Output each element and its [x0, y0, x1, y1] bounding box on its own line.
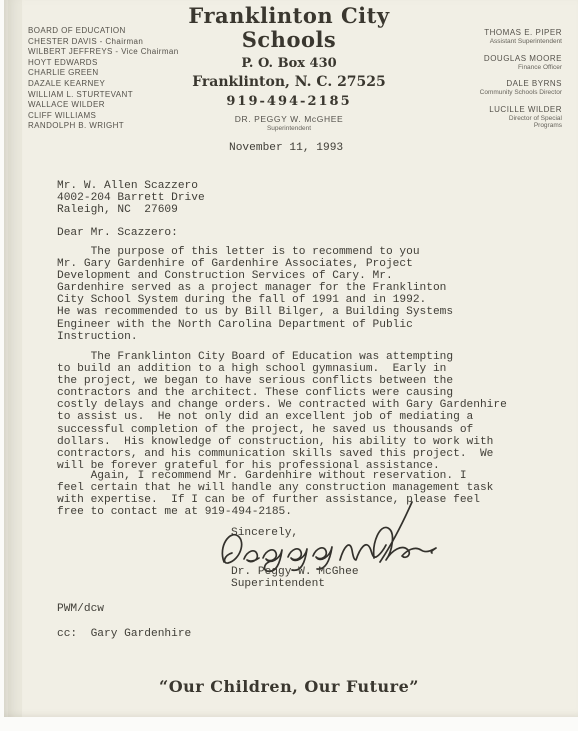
letter-date: November 11, 1993 [229, 142, 343, 154]
official-title: Community Schools Director [480, 89, 562, 97]
official-entry: THOMAS E. PIPER Assistant Superintendent [480, 28, 562, 46]
city-state-zip-line: Franklinton, N. C. 27525 [139, 74, 439, 90]
signer-name-title: Dr. Peggy W. McGhee Superintendent [231, 566, 359, 590]
letterhead-center: Franklinton City Schools P. O. Box 430 F… [139, 4, 439, 132]
footer-motto: “Our Children, Our Future” [0, 677, 578, 696]
district-officials-list: THOMAS E. PIPER Assistant Superintendent… [480, 28, 562, 138]
official-name: DOUGLAS MOORE [480, 54, 562, 63]
official-name: DALE BYRNS [480, 79, 562, 88]
reference-initials: PWM/dcw [57, 603, 104, 615]
superintendent-title: Superintendent [139, 125, 439, 132]
body-paragraph-1: The purpose of this letter is to recomme… [57, 246, 453, 343]
cc-line: cc: Gary Gardenhire [57, 628, 191, 640]
body-paragraph-2: The Franklinton City Board of Education … [57, 351, 507, 472]
official-name: THOMAS E. PIPER [480, 28, 562, 37]
phone-number: 919-494-2185 [139, 94, 439, 109]
official-name: LUCILLE WILDER [480, 105, 562, 114]
superintendent-name: DR. PEGGY W. McGHEE [139, 114, 439, 124]
salutation: Dear Mr. Scazzero: [57, 227, 178, 239]
official-title: Finance Officer [480, 64, 562, 72]
official-entry: DOUGLAS MOORE Finance Officer [480, 54, 562, 72]
official-entry: LUCILLE WILDER Director of Special Progr… [480, 105, 562, 130]
recipient-address-block: Mr. W. Allen Scazzero 4002-204 Barrett D… [57, 180, 205, 216]
scan-edge-shading [8, 0, 22, 717]
scanned-letter-page: { "letterhead": { "school_name": "Frankl… [0, 0, 578, 731]
official-entry: DALE BYRNS Community Schools Director [480, 79, 562, 97]
school-name: Franklinton City Schools [139, 4, 439, 52]
official-title: Assistant Superintendent [480, 38, 562, 46]
official-title: Director of Special Programs [480, 115, 562, 130]
po-box-line: P. O. Box 430 [139, 56, 439, 71]
